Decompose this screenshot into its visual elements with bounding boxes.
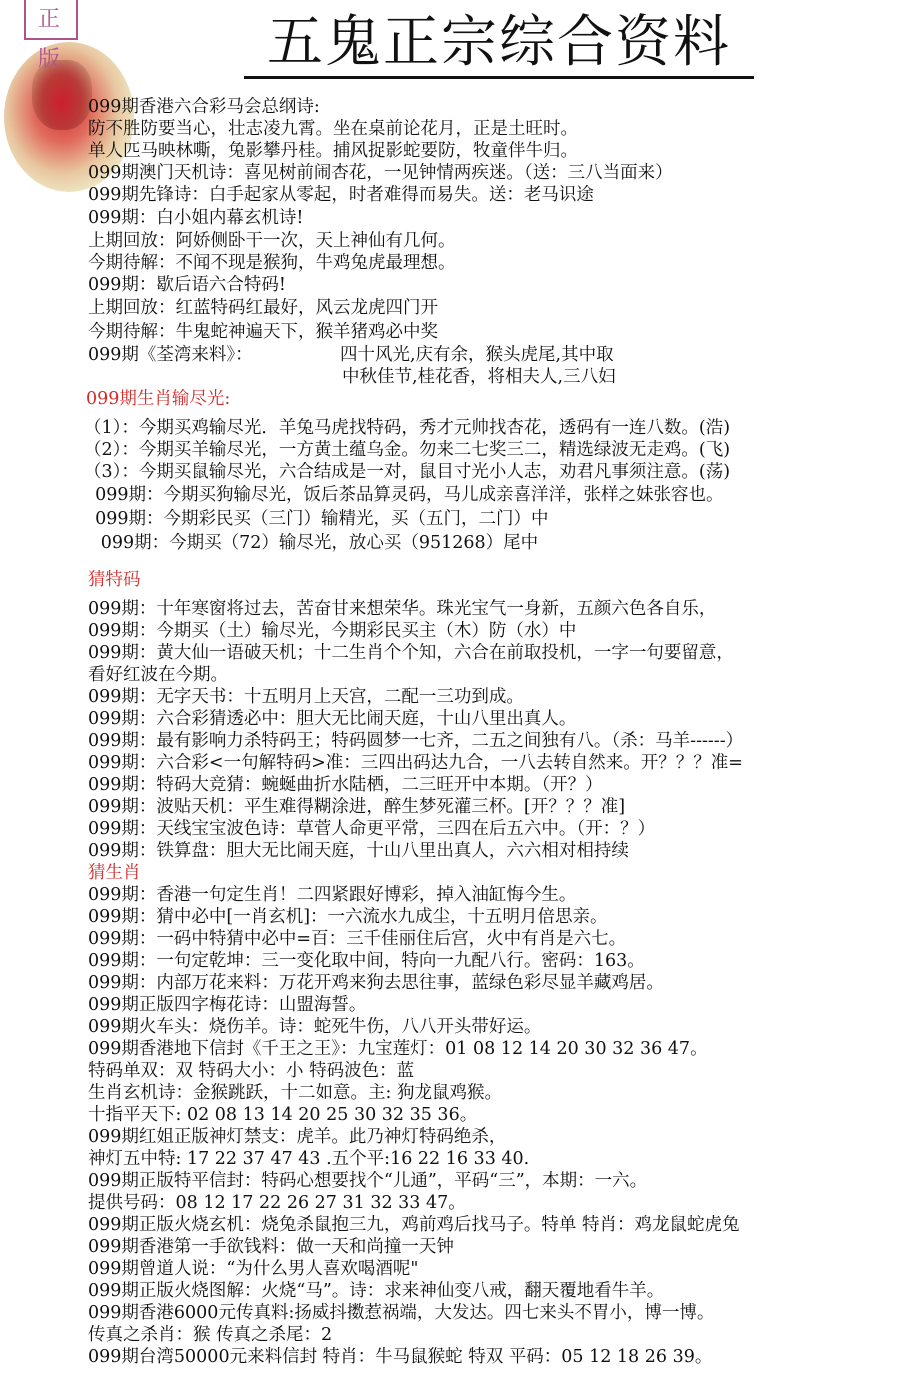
text-line: 099期正版四字梅花诗：山盟海誓。: [88, 994, 900, 1016]
text-line: 099期先锋诗：白手起家从零起，时者难得而易失。送：老马识途: [88, 184, 900, 206]
text-line: 099期：歇后语六合特码!: [88, 274, 900, 296]
text-line: 099期：铁算盘：胆大无比闹天庭，十山八里出真人，六六相对相持续: [88, 840, 900, 862]
text-line: （2）：今期买羊输尽光，一方黄土蕴乌金。勿来二七奖三二，精选绿波无走鸡。(飞): [84, 439, 900, 461]
text-line: 特码单双：双 特码大小：小 特码波色：蓝: [88, 1060, 900, 1082]
text-line: 099期香港6000元传真料:扬威抖擞惹祸端，大发达。四七来头不胃小，博一博。: [88, 1302, 900, 1324]
text-line: 看好红波在今期。: [88, 664, 900, 686]
document-body: 099期香港六合彩马会总纲诗: 防不胜防要当心，壮志凌九霄。坐在桌前论花月，正是…: [88, 96, 900, 1368]
text-line: 今期待解：不闻不现是猴狗，牛鸡兔虎最理想。: [88, 252, 900, 274]
text-line: 单人匹马映林嘶，兔影攀丹桂。捕风捉影蛇要防，牧童伴牛归。: [88, 140, 900, 162]
text-line: 生肖玄机诗：金猴跳跃，十二如意。主: 狗龙鼠鸡猴。: [88, 1082, 900, 1104]
quanwan-text-1: 四十风光,庆有余，猴头虎尾,其中取: [340, 345, 614, 365]
text-line: 099期正版特平信封：特码心想要找个“儿通”，平码“三”，本期：一六。: [88, 1170, 900, 1192]
section-guess-special: 099期：十年寒窗将过去，苦奋甘来想荣华。珠光宝气一身新，五颜六色各自乐， 09…: [88, 598, 900, 862]
text-line: 099期：今期彩民买（三门）输精光，买（五门，二门）中: [84, 507, 900, 531]
quanwan-line-1: 099期《荃湾来料》：四十风光,庆有余，猴头虎尾,其中取: [88, 344, 900, 366]
quanwan-label: 099期《荃湾来料》：: [88, 344, 340, 366]
text-line: 099期：今期买（土）输尽光，今期彩民买主（木）防（水）中: [88, 620, 900, 642]
text-line: 099期：特码大竞猜：蜿蜒曲折水陆栖，二三旺开中本期。（开？）: [88, 774, 900, 796]
text-line: 传真之杀肖：猴 传真之杀尾：2: [88, 1324, 900, 1346]
text-line: 099期：今期买（72）输尽光，放心买（951268）尾中: [84, 531, 900, 555]
text-line: 099期：十年寒窗将过去，苦奋甘来想荣华。珠光宝气一身新，五颜六色各自乐，: [88, 598, 900, 620]
text-line: 099期澳门天机诗：喜见树前闹杏花，一见钟情两疾迷。（送：三八当面来）: [88, 162, 900, 184]
text-line: 099期：黄大仙一语破天机；十二生肖个个知，六合在前取投机，一字一句要留意，: [88, 642, 900, 664]
text-line: 099期正版火烧玄机：烧兔杀鼠抱三九，鸡前鸡后找马子。特单 特肖：鸡龙鼠蛇虎兔: [88, 1214, 900, 1236]
text-line: 十指平天下: 02 08 13 14 20 25 30 32 35 36。: [88, 1104, 900, 1126]
section-heading-guess-zodiac: 猜生肖: [88, 862, 900, 884]
text-line: （3）：今期买鼠输尽光，六合结成是一对，鼠目寸光小人志，劝君凡事须注意。(荡): [84, 461, 900, 483]
authentic-badge: 正版: [24, 0, 78, 40]
text-line: 099期：猜中必中[一肖玄机]：一六流水九成尘，十五明月倍思亲。: [88, 906, 900, 928]
section-poems: 099期香港六合彩马会总纲诗: 防不胜防要当心，壮志凌九霄。坐在桌前论花月，正是…: [88, 96, 900, 388]
text-line: 099期：六合彩<一句解特码>准：三四出码达九合，一八去转自然来。开？？？准=: [88, 752, 900, 774]
section-heading-zodiac-lose: 099期生肖输尽光:: [86, 388, 900, 410]
text-line: 099期：最有影响力杀特码王；特码圆梦一七齐，二五之间独有八。（杀：马羊----…: [88, 730, 900, 752]
text-line: 099期火车头：烧伤羊。诗：蛇死牛伤，八八开头带好运。: [88, 1016, 900, 1038]
text-line: 099期：无字天书：十五明月上天宫，二配一三功到成。: [88, 686, 900, 708]
text-line: 099期曾道人说：“为什么男人喜欢喝酒呢": [88, 1258, 900, 1280]
page-title: 五鬼正宗综合资料: [244, 10, 754, 79]
text-line: 提供号码：08 12 17 22 26 27 31 32 33 47。: [88, 1192, 900, 1214]
text-line: 今期待解：牛鬼蛇神遍天下，猴羊猪鸡必中奖: [88, 320, 900, 344]
section-guess-zodiac: 099期：香港一句定生肖！二四紧跟好博彩，掉入油缸悔今生。 099期：猜中必中[…: [88, 884, 900, 1368]
text-line: 神灯五中特: 17 22 37 47 43 .五个平:16 22 16 33 4…: [88, 1148, 900, 1170]
text-line: 099期：一句定乾坤：三一变化取中间，特向一九配八行。密码：163。: [88, 950, 900, 972]
quanwan-line-2: 中秋佳节,桂花香，将相夫人,三八妇: [88, 366, 900, 388]
text-line: 099期：白小姐内幕玄机诗!: [88, 206, 900, 230]
text-line: 099期：香港一句定生肖！二四紧跟好博彩，掉入油缸悔今生。: [88, 884, 900, 906]
text-line: 099期香港六合彩马会总纲诗:: [88, 96, 900, 118]
text-line: （1）：今期买鸡输尽光．羊兔马虎找特码，秀才元帅找杏花，透码有一连八数。(浩): [84, 417, 900, 439]
text-line: 上期回放：阿娇侧卧干一次，天上神仙有几何。: [88, 230, 900, 252]
text-line: 099期正版火烧图解：火烧“马”。诗：求来神仙变八戒，翻天覆地看牛羊。: [88, 1280, 900, 1302]
section-heading-guess-special: 猜特码: [88, 569, 900, 591]
text-line: 099期：一码中特猜中必中=百：三千佳丽住后宫，火中有肖是六七。: [88, 928, 900, 950]
text-line: 099期：天线宝宝波色诗：草菅人命更平常，三四在后五六中。（开：？）: [88, 818, 900, 840]
text-line: 上期回放：红蓝特码红最好，风云龙虎四门开: [88, 296, 900, 320]
text-line: 099期香港地下信封《千王之王》：九宝莲灯：01 08 12 14 20 30 …: [88, 1038, 900, 1060]
text-line: 099期香港第一手欲钱料：做一天和尚撞一天钟: [88, 1236, 900, 1258]
text-line: 099期：内部万花来料：万花开鸡来狗去思往事，蓝绿色彩尽显羊藏鸡居。: [88, 972, 900, 994]
text-line: 099期：今期买狗输尽光，饭后茶品算灵码，马儿成亲喜洋洋，张样之妹张容也。: [84, 483, 900, 507]
text-line: 099期：波贴天机：平生难得糊涂进，醉生梦死灌三杯。[开？？？准]: [88, 796, 900, 818]
text-line: 099期：六合彩猜透必中：胆大无比闹天庭，十山八里出真人。: [88, 708, 900, 730]
text-line: 099期红姐正版神灯禁支：虎羊。此乃神灯特码绝杀，: [88, 1126, 900, 1148]
text-line: 099期台湾50000元来料信封 特肖：牛马鼠猴蛇 特双 平码：05 12 18…: [88, 1346, 900, 1368]
section-zodiac-lose: （1）：今期买鸡输尽光．羊兔马虎找特码，秀才元帅找杏花，透码有一连八数。(浩) …: [84, 417, 900, 555]
text-line: 防不胜防要当心，壮志凌九霄。坐在桌前论花月，正是土旺时。: [88, 118, 900, 140]
